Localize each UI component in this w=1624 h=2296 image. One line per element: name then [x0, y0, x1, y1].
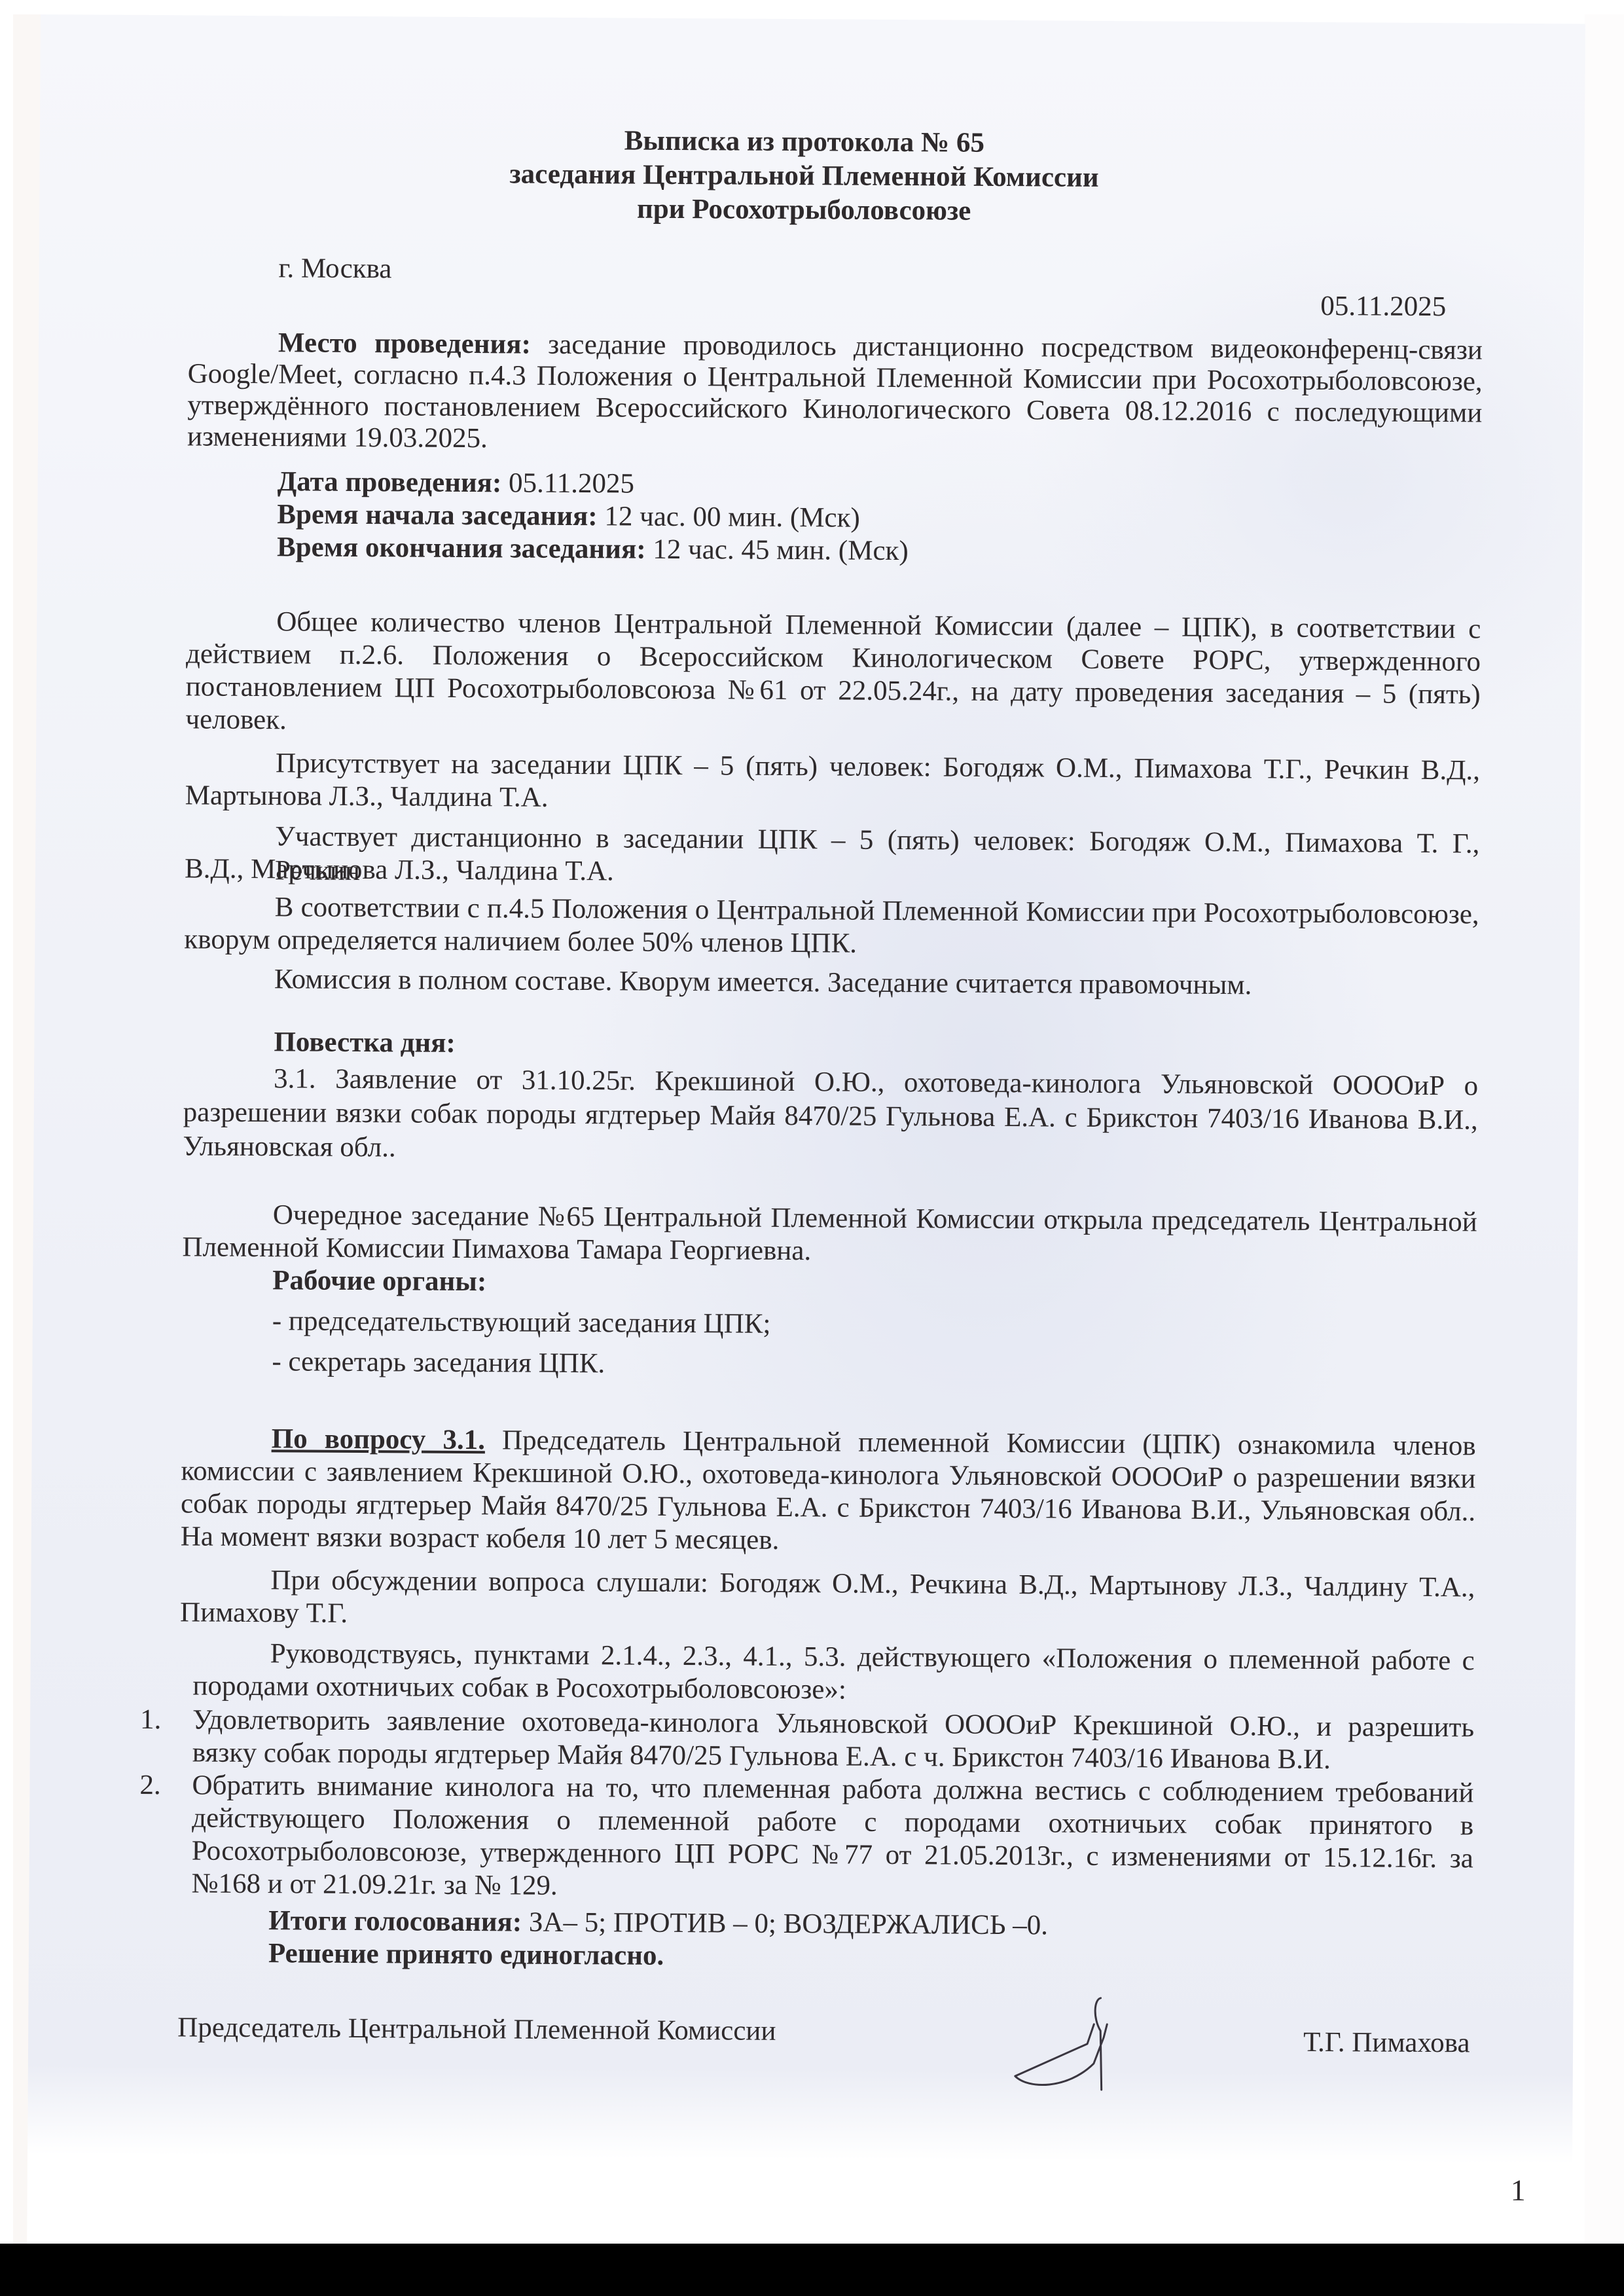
scan-bottom-border	[0, 2244, 1624, 2296]
end-time: Время окончания заседания: 12 час. 45 ми…	[277, 530, 909, 568]
heard-line-1: При обсуждении вопроса слушали: Богодяж …	[270, 1563, 1475, 1605]
meeting-date-value: 05.11.2025	[509, 467, 634, 499]
question-line-4: На момент вязки возраст кобеля 10 лет 5 …	[181, 1520, 780, 1558]
members-total-line-4: человек.	[185, 702, 287, 737]
end-time-value: 12 час. 45 мин. (Мск)	[653, 534, 909, 566]
document-date: 05.11.2025	[1320, 289, 1446, 324]
venue-line-4: изменениями 19.03.2025.	[187, 420, 488, 456]
scan-edge-right	[1585, 14, 1624, 2244]
working-body-item: - председательствующий заседания ЦПК;	[272, 1304, 771, 1341]
quorum-line-2: кворум определяется наличием более 50% ч…	[184, 922, 857, 960]
decision-2-line-4: №168 и от 21.09.21г. за № 129.	[191, 1867, 557, 1903]
document-content: Выписка из протокола № 65 заседания Цент…	[190, 15, 1578, 24]
agenda-label: Повестка дня:	[274, 1025, 456, 1061]
question-label: По вопросу 3.1.	[272, 1423, 486, 1455]
start-time-label: Время начала заседания:	[277, 499, 598, 532]
present-line-2: Мартынова Л.З., Чалдина Т.А.	[185, 778, 549, 814]
vote-label: Итоги голосования:	[268, 1905, 522, 1937]
start-time-value: 12 час. 00 мин. (Мск)	[604, 501, 860, 533]
decision-number: 2.	[139, 1768, 161, 1802]
signatory-name: Т.Г. Пимахова	[1303, 2026, 1470, 2061]
signatory-role: Председатель Центральной Племенной Комис…	[177, 2011, 776, 2049]
opening-line-2: Племенной Комиссии Пимахова Тамара Георг…	[182, 1230, 811, 1268]
decision-number: 1.	[140, 1703, 162, 1737]
remote-line-2: В.Д., Мартынова Л.З., Чалдина Т.А.	[185, 852, 614, 888]
title-line-3: при Росохотрыболовсоюзе	[189, 189, 1419, 230]
document-page: Выписка из протокола № 65 заседания Цент…	[27, 14, 1585, 2253]
agenda-item-line-3: Ульяновская обл..	[183, 1129, 396, 1165]
start-time: Время начала заседания: 12 час. 00 мин. …	[277, 498, 860, 535]
quorum-status: Комиссия в полном составе. Кворум имеетс…	[274, 962, 1252, 1002]
members-total-line-3: постановлением ЦП Росохотрыболовсоюза №6…	[186, 670, 1481, 712]
venue-label: Место проведения:	[278, 327, 531, 359]
meeting-date: Дата проведения: 05.11.2025	[277, 465, 634, 501]
page-number: 1	[1511, 2174, 1526, 2208]
city: г. Москва	[278, 251, 391, 286]
vote-value: ЗА– 5; ПРОТИВ – 0; ВОЗДЕРЖАЛИСЬ –0.	[529, 1907, 1048, 1941]
meeting-date-label: Дата проведения:	[278, 466, 502, 498]
decision-result: Решение принято единогласно.	[268, 1937, 664, 1973]
heard-line-2: Пимахову Т.Г.	[180, 1595, 348, 1631]
working-bodies-label: Рабочие органы:	[272, 1264, 486, 1299]
question-text: Председатель Центральной племенной Комис…	[502, 1425, 1476, 1461]
guided-line-2: породами охотничьих собак в Росохотрыбол…	[192, 1669, 846, 1707]
end-time-label: Время окончания заседания:	[277, 532, 646, 564]
handwritten-signature-icon	[1002, 1991, 1134, 2096]
working-body-item: - секретарь заседания ЦПК.	[272, 1345, 605, 1381]
